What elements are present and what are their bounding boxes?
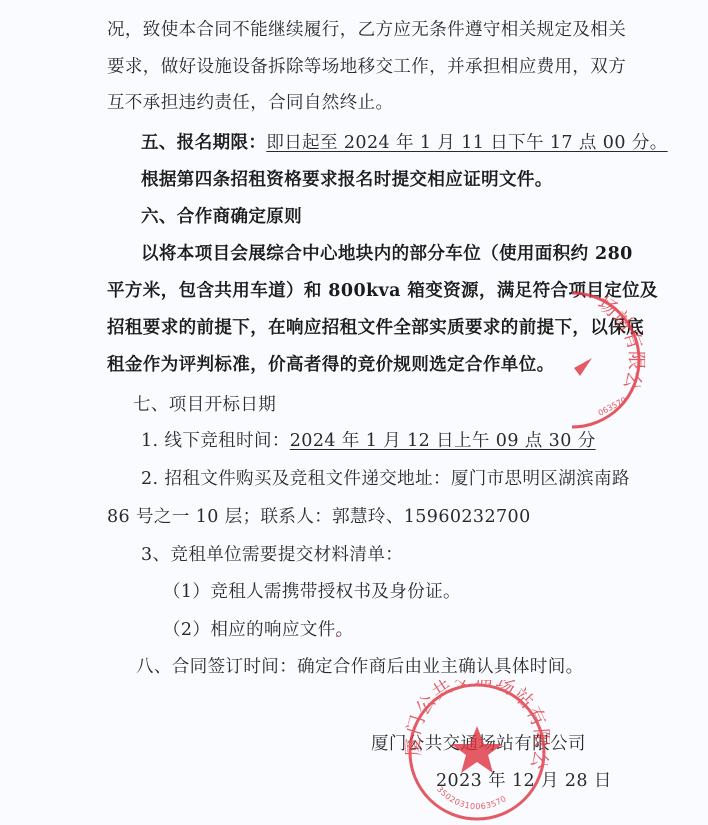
section6-body-line: 平方米，包含共用车道）和 800kva 箱变资源，满足符合项目定位及 — [107, 280, 658, 302]
section6-body-line: 以将本项目会展综合中心地块内的部分车位（使用面积约 280 — [141, 243, 633, 265]
signature-date: 2023 年 12 月 28 日 — [436, 770, 612, 792]
section7-heading: 七、项目开标日期 — [133, 394, 276, 416]
bid-time-label: 1. 线下竞租时间： — [141, 431, 290, 451]
section7-item2-line2: 86 号之一 10 层；联系人：郭慧玲、15960232700 — [107, 506, 531, 528]
svg-text:厦门公共交通场站有限公司: 厦门公共交通场站有限公司 — [405, 680, 550, 773]
ink-speck — [336, 635, 338, 637]
section6-body-line: 招租要求的前提下，在响应招租文件全部实质要求的前提下，以保底 — [107, 317, 644, 339]
svg-text:场站有限公司: 场站有限公司 — [500, 288, 650, 397]
section7-item2-line1: 2. 招租文件购买及竞租文件递交地址：厦门市思明区湖滨南路 — [141, 468, 630, 490]
registration-deadline: 即日起至 2024 年 1 月 11 日下午 17 点 00 分。 — [266, 133, 667, 153]
section5-note: 根据第四条招租资格要求报名时提交相应证明文件。 — [141, 169, 553, 191]
paragraph-line: 互不承担违约责任，合同自然终止。 — [107, 92, 393, 114]
section6-body-line: 租金作为评判标准，价高者得的竞价规则选定合作单位。 — [107, 354, 555, 376]
section5-line: 五、报名期限：即日起至 2024 年 1 月 11 日下午 17 点 00 分。 — [141, 132, 668, 154]
signature-company: 厦门公共交通场站有限公司 — [371, 733, 586, 755]
document-page: 况，致使本合同不能继续履行，乙方应无条件遵守相关规定及相关 要求，做好设施设备拆… — [0, 0, 708, 825]
section8-text: 八、合同签订时间：确定合作商后由业主确认具体时间。 — [136, 656, 584, 678]
section7-item3-sub2: （2）相应的响应文件。 — [163, 619, 354, 641]
svg-text:063570: 063570 — [597, 395, 628, 417]
section7-item1: 1. 线下竞租时间：2024 年 1 月 12 日上午 09 点 30 分 — [141, 430, 596, 452]
paragraph-line: 要求，做好设施设备拆除等场地移交工作，并承担相应费用，双方 — [107, 56, 626, 78]
section5-heading: 五、报名期限： — [141, 133, 266, 153]
section6-heading: 六、合作商确定原则 — [141, 206, 302, 228]
bid-time-value: 2024 年 1 月 12 日上午 09 点 30 分 — [290, 431, 596, 451]
section7-item3-sub1: （1）竞租人需携带授权书及身份证。 — [163, 581, 461, 603]
paragraph-line: 况，致使本合同不能继续履行，乙方应无条件遵守相关规定及相关 — [107, 19, 626, 41]
section7-item3-heading: 3、竞租单位需要提交材料清单： — [141, 544, 403, 566]
